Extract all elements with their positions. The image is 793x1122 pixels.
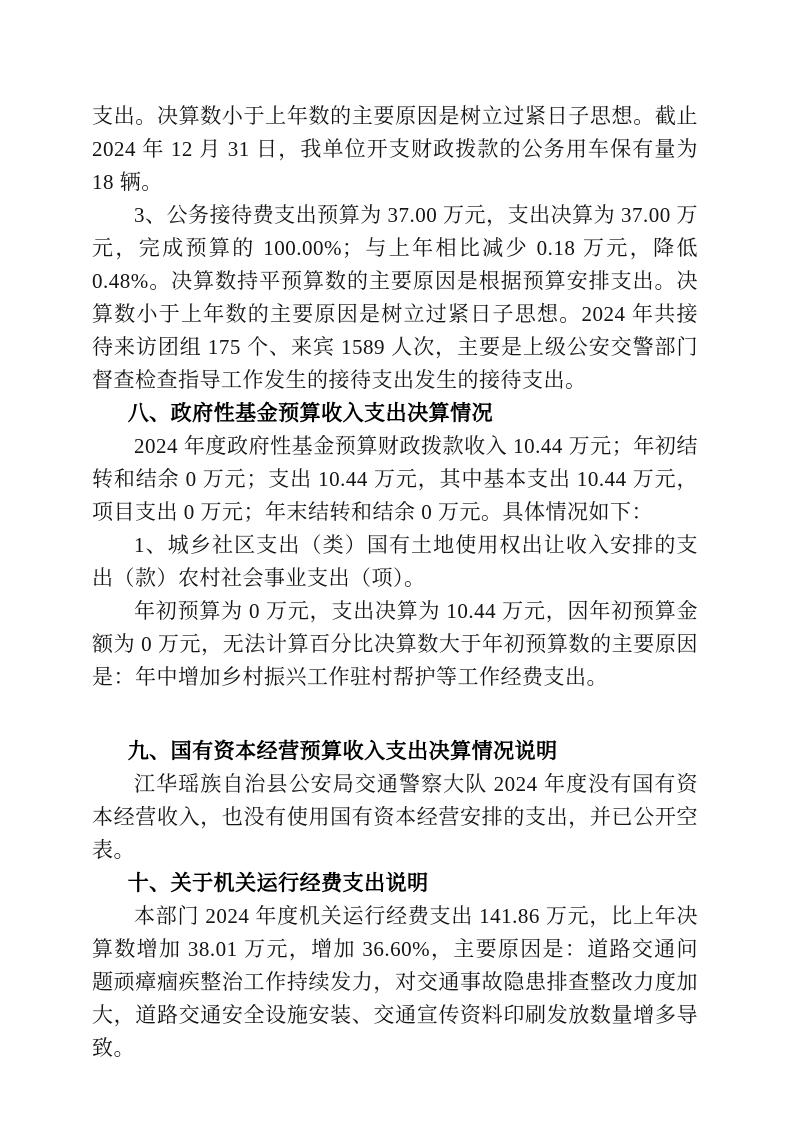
document-page: 支出。决算数小于上年数的主要原因是树立过紧日子思想。截止 2024 年 12 月… <box>0 0 793 1122</box>
section-heading: 十、关于机关运行经费支出说明 <box>92 867 698 900</box>
body-paragraph: 1、城乡社区支出（类）国有土地使用权出让收入安排的支出（款）农村社会事业支出（项… <box>92 529 698 595</box>
section-heading: 八、政府性基金预算收入支出决算情况 <box>92 397 698 430</box>
paragraph-spacer <box>92 694 698 735</box>
body-paragraph: 江华瑶族自治县公安局交通警察大队 2024 年度没有国有资本经营收入，也没有使用… <box>92 768 698 867</box>
section-heading: 九、国有资本经营预算收入支出决算情况说明 <box>92 735 698 768</box>
body-paragraph: 2024 年度政府性基金预算财政拨款收入 10.44 万元；年初结转和结余 0 … <box>92 430 698 529</box>
body-paragraph: 本部门 2024 年度机关运行经费支出 141.86 万元，比上年决算数增加 3… <box>92 900 698 1065</box>
body-paragraph: 3、公务接待费支出预算为 37.00 万元，支出决算为 37.00 万元，完成预… <box>92 199 698 397</box>
body-paragraph: 年初预算为 0 万元，支出决算为 10.44 万元，因年初预算金额为 0 万元，… <box>92 595 698 694</box>
body-paragraph: 支出。决算数小于上年数的主要原因是树立过紧日子思想。截止 2024 年 12 月… <box>92 100 698 199</box>
document-content: 支出。决算数小于上年数的主要原因是树立过紧日子思想。截止 2024 年 12 月… <box>92 100 698 1065</box>
